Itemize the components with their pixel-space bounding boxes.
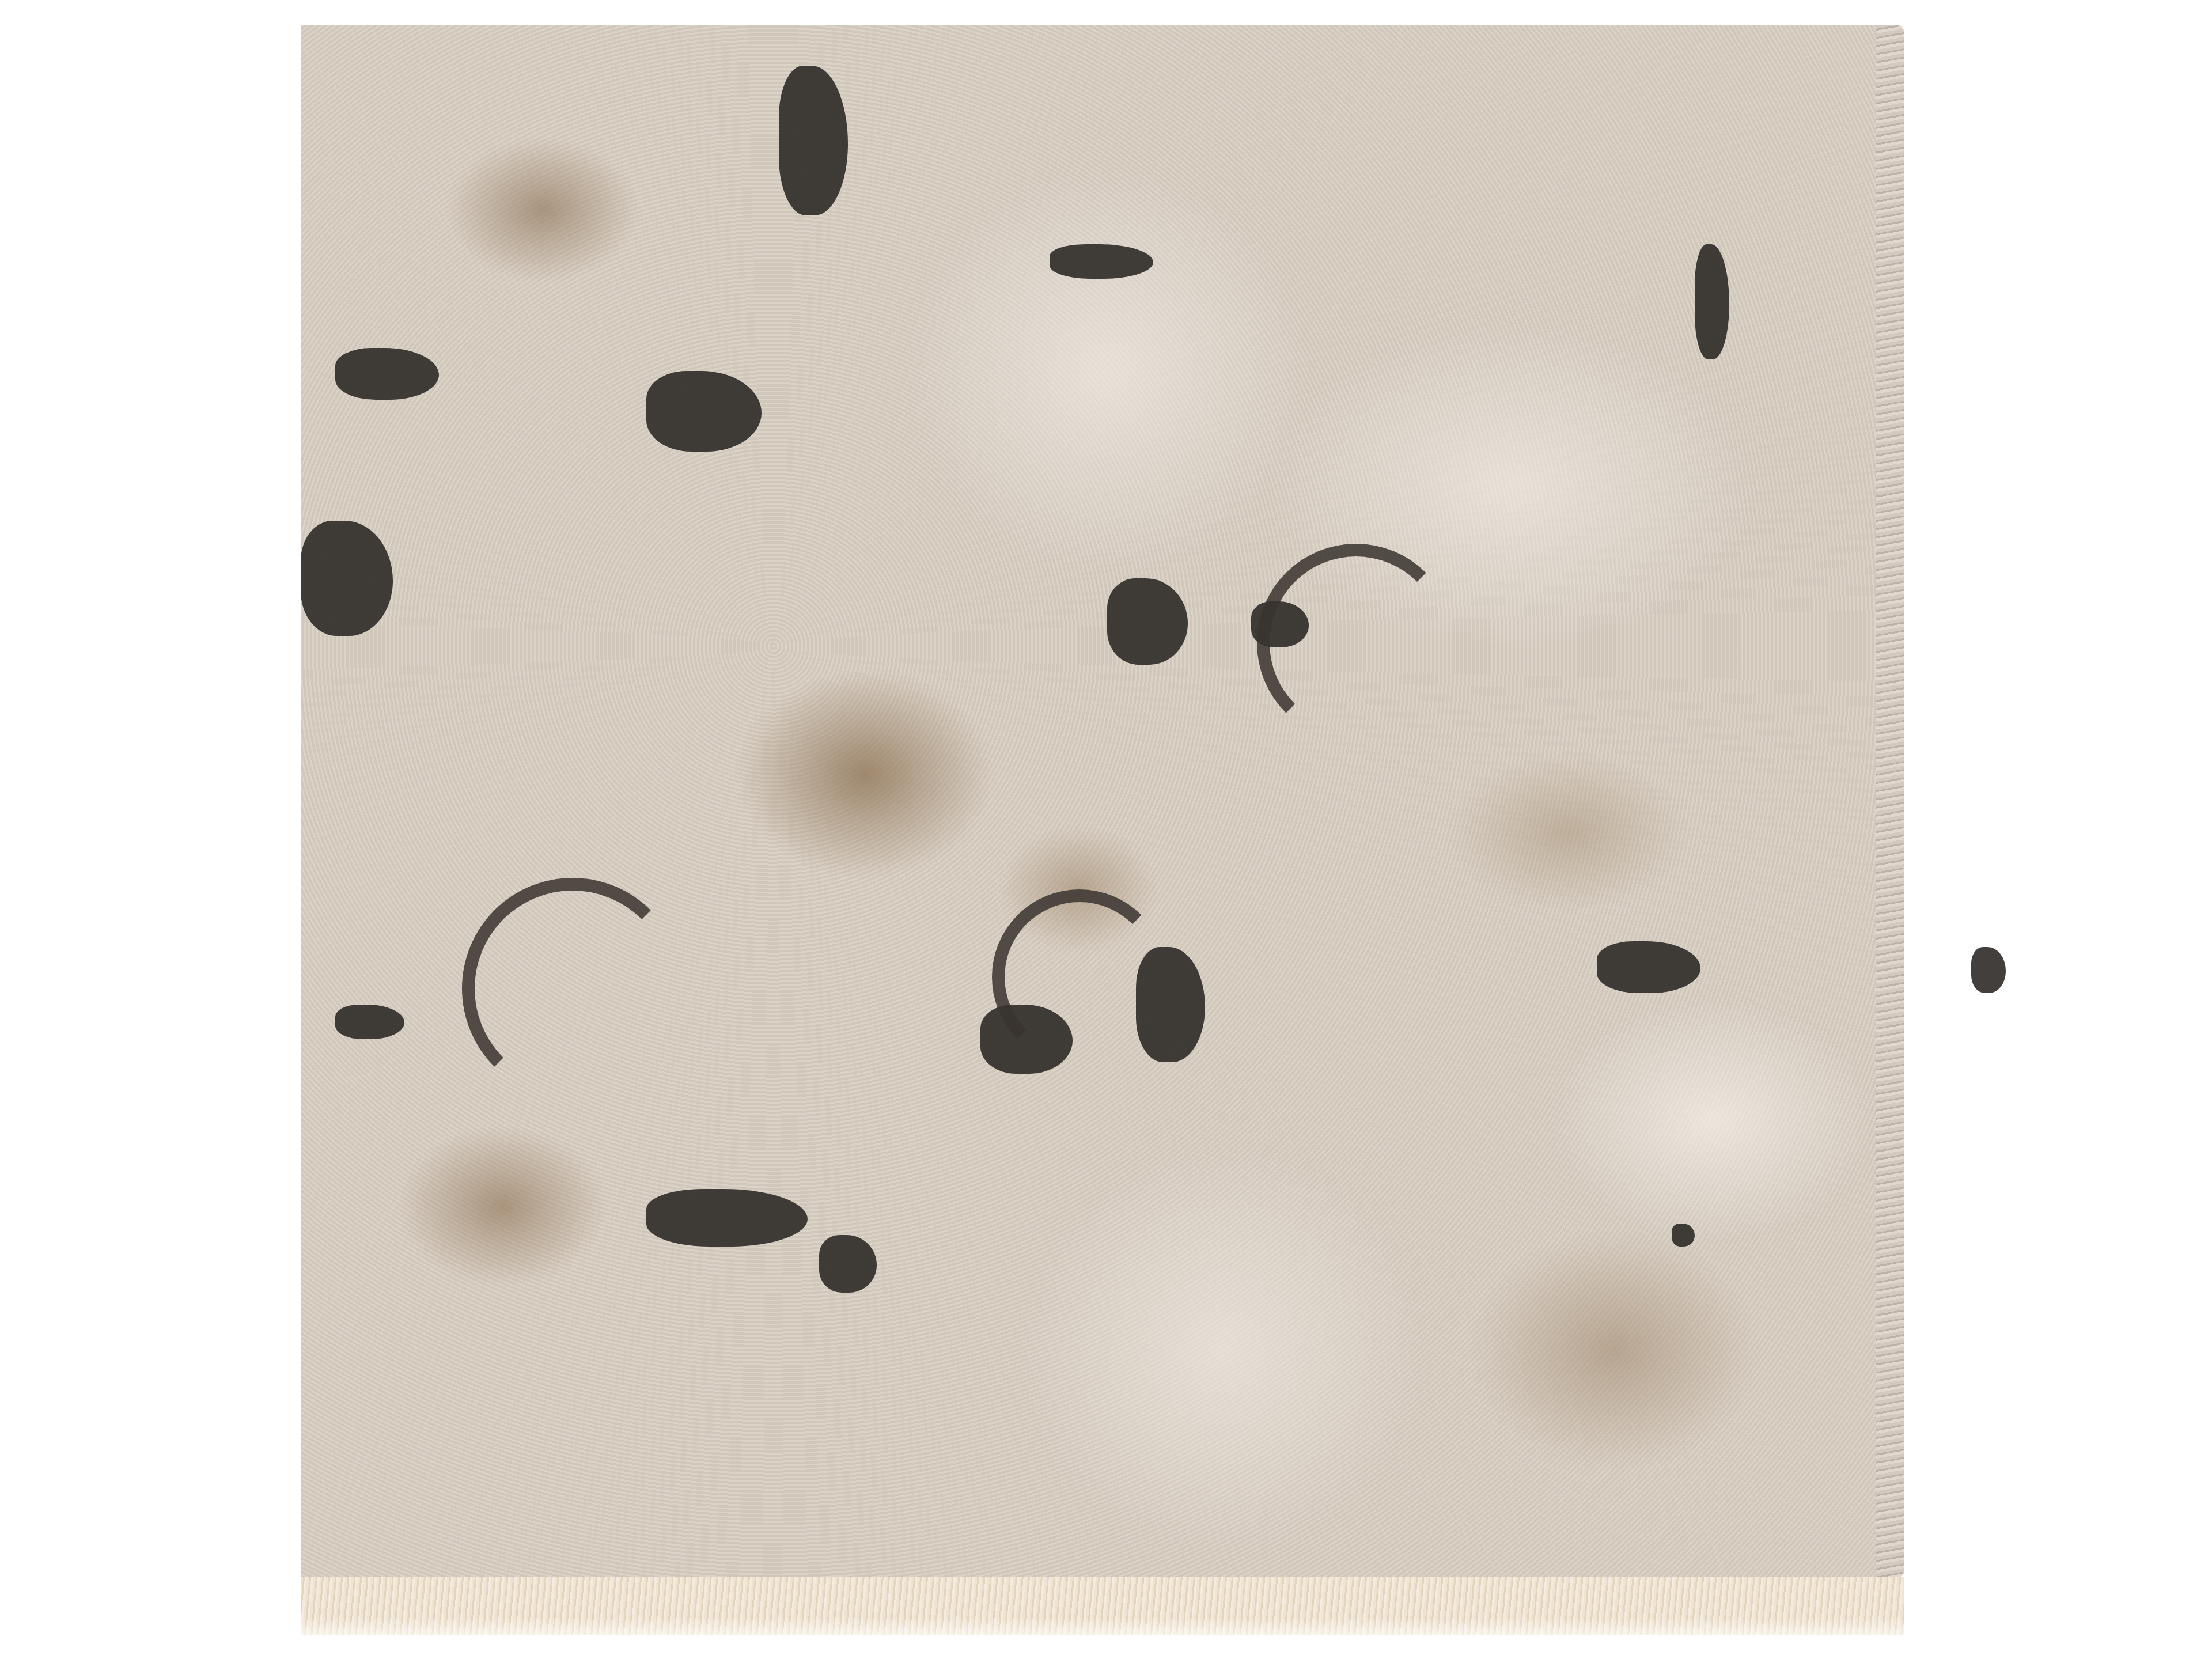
rug-fringe <box>301 1577 1904 1635</box>
dark-motif <box>335 348 439 400</box>
dark-motif <box>1971 947 2006 993</box>
dark-motif <box>335 1005 404 1039</box>
rug-binding-edge <box>1876 25 1904 1577</box>
scroll-motif <box>1257 544 1455 742</box>
dark-motif <box>646 371 762 452</box>
dark-motif <box>779 66 848 215</box>
dark-motif <box>1597 941 1700 993</box>
scroll-motif <box>992 889 1167 1065</box>
dark-motif <box>1695 244 1729 359</box>
rug-field <box>301 25 1876 1577</box>
dark-motif <box>1050 244 1153 279</box>
dark-motif <box>1672 1224 1695 1247</box>
dark-motif <box>1107 578 1188 665</box>
scroll-motif <box>462 878 683 1099</box>
dark-motif <box>301 521 393 636</box>
dark-motif <box>646 1189 808 1247</box>
dark-motif <box>819 1235 877 1293</box>
